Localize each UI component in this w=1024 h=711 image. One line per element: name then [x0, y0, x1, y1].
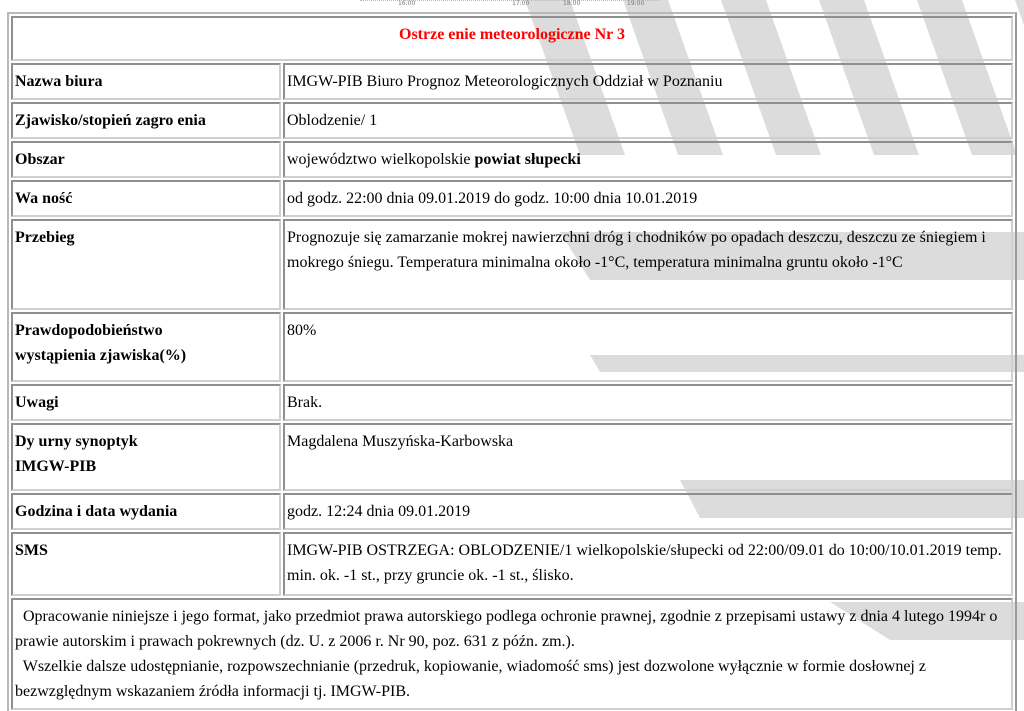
area-county: powiat słupecki: [475, 151, 581, 168]
table-row: Prawdopodobieństwowystąpienia zjawiska(%…: [11, 312, 1013, 382]
row-label-forecaster: Dy urny synoptykIMGW-PIB: [11, 423, 281, 491]
row-value-issued: godz. 12:24 dnia 09.01.2019: [283, 493, 1013, 530]
footer-row: Opracowanie niniejsze i jego format, jak…: [11, 598, 1013, 710]
row-label-course: Przebieg: [11, 219, 281, 310]
row-value-sms: IMGW-PIB OSTRZEGA: OBLODZENIE/1 wielkopo…: [283, 532, 1013, 596]
area-region: województwo wielkopolskie: [287, 151, 475, 168]
title-row: Ostrze enie meteorologiczne Nr 3: [11, 16, 1013, 61]
table-row: Wa ność od godz. 22:00 dnia 09.01.2019 d…: [11, 180, 1013, 217]
table-row: SMS IMGW-PIB OSTRZEGA: OBLODZENIE/1 wiel…: [11, 532, 1013, 596]
row-value-validity: od godz. 22:00 dnia 09.01.2019 do godz. …: [283, 180, 1013, 217]
copyright-text: Opracowanie niniejsze i jego format, jak…: [15, 608, 997, 650]
row-label-probability: Prawdopodobieństwowystąpienia zjawiska(%…: [11, 312, 281, 382]
row-label-sms: SMS: [11, 532, 281, 596]
label-line: Dy urny synoptyk: [15, 433, 138, 450]
table-row: Obszar województwo wielkopolskie powiat …: [11, 141, 1013, 178]
row-label-issued: Godzina i data wydania: [11, 493, 281, 530]
row-label-office: Nazwa biura: [11, 63, 281, 100]
table-row: Zjawisko/stopień zagro enia Oblodzenie/ …: [11, 102, 1013, 139]
copyright-notice: Opracowanie niniejsze i jego format, jak…: [11, 598, 1013, 710]
row-label-phenomenon: Zjawisko/stopień zagro enia: [11, 102, 281, 139]
row-value-course: Prognozuje się zamarzanie mokrej nawierz…: [283, 219, 1013, 310]
row-value-office: IMGW-PIB Biuro Prognoz Meteorologicznych…: [283, 63, 1013, 100]
table-row: Nazwa biura IMGW-PIB Biuro Prognoz Meteo…: [11, 63, 1013, 100]
axis-tick-label: 19:00: [627, 0, 644, 8]
row-label-validity: Wa ność: [11, 180, 281, 217]
label-line: wystąpienia zjawiska(%): [15, 347, 186, 364]
row-value-probability: 80%: [283, 312, 1013, 382]
table-row: Uwagi Brak.: [11, 384, 1013, 421]
row-label-area: Obszar: [11, 141, 281, 178]
warning-title: Ostrze enie meteorologiczne Nr 3: [11, 16, 1013, 61]
weather-warning-table: Ostrze enie meteorologiczne Nr 3 Nazwa b…: [7, 12, 1017, 711]
row-value-forecaster: Magdalena Muszyńska-Karbowska: [283, 423, 1013, 491]
axis-tick-label: 18:00: [563, 0, 580, 8]
label-line: Prawdopodobieństwo: [15, 322, 163, 339]
redistribution-text: Wszelkie dalsze udostępnianie, rozpowsze…: [15, 658, 926, 700]
axis-tick-label: 17:00: [512, 0, 529, 8]
table-row: Dy urny synoptykIMGW-PIB Magdalena Muszy…: [11, 423, 1013, 491]
row-value-remarks: Brak.: [283, 384, 1013, 421]
table-row: Godzina i data wydania godz. 12:24 dnia …: [11, 493, 1013, 530]
row-value-area: województwo wielkopolskie powiat słupeck…: [283, 141, 1013, 178]
chart-time-axis-fragment: 16:00 17:00 18:00 19:00: [0, 0, 1024, 12]
table-row: Przebieg Prognozuje się zamarzanie mokre…: [11, 219, 1013, 310]
axis-tick-label: 16:00: [398, 0, 415, 8]
row-value-phenomenon: Oblodzenie/ 1: [283, 102, 1013, 139]
label-line: IMGW-PIB: [15, 458, 96, 475]
row-label-remarks: Uwagi: [11, 384, 281, 421]
